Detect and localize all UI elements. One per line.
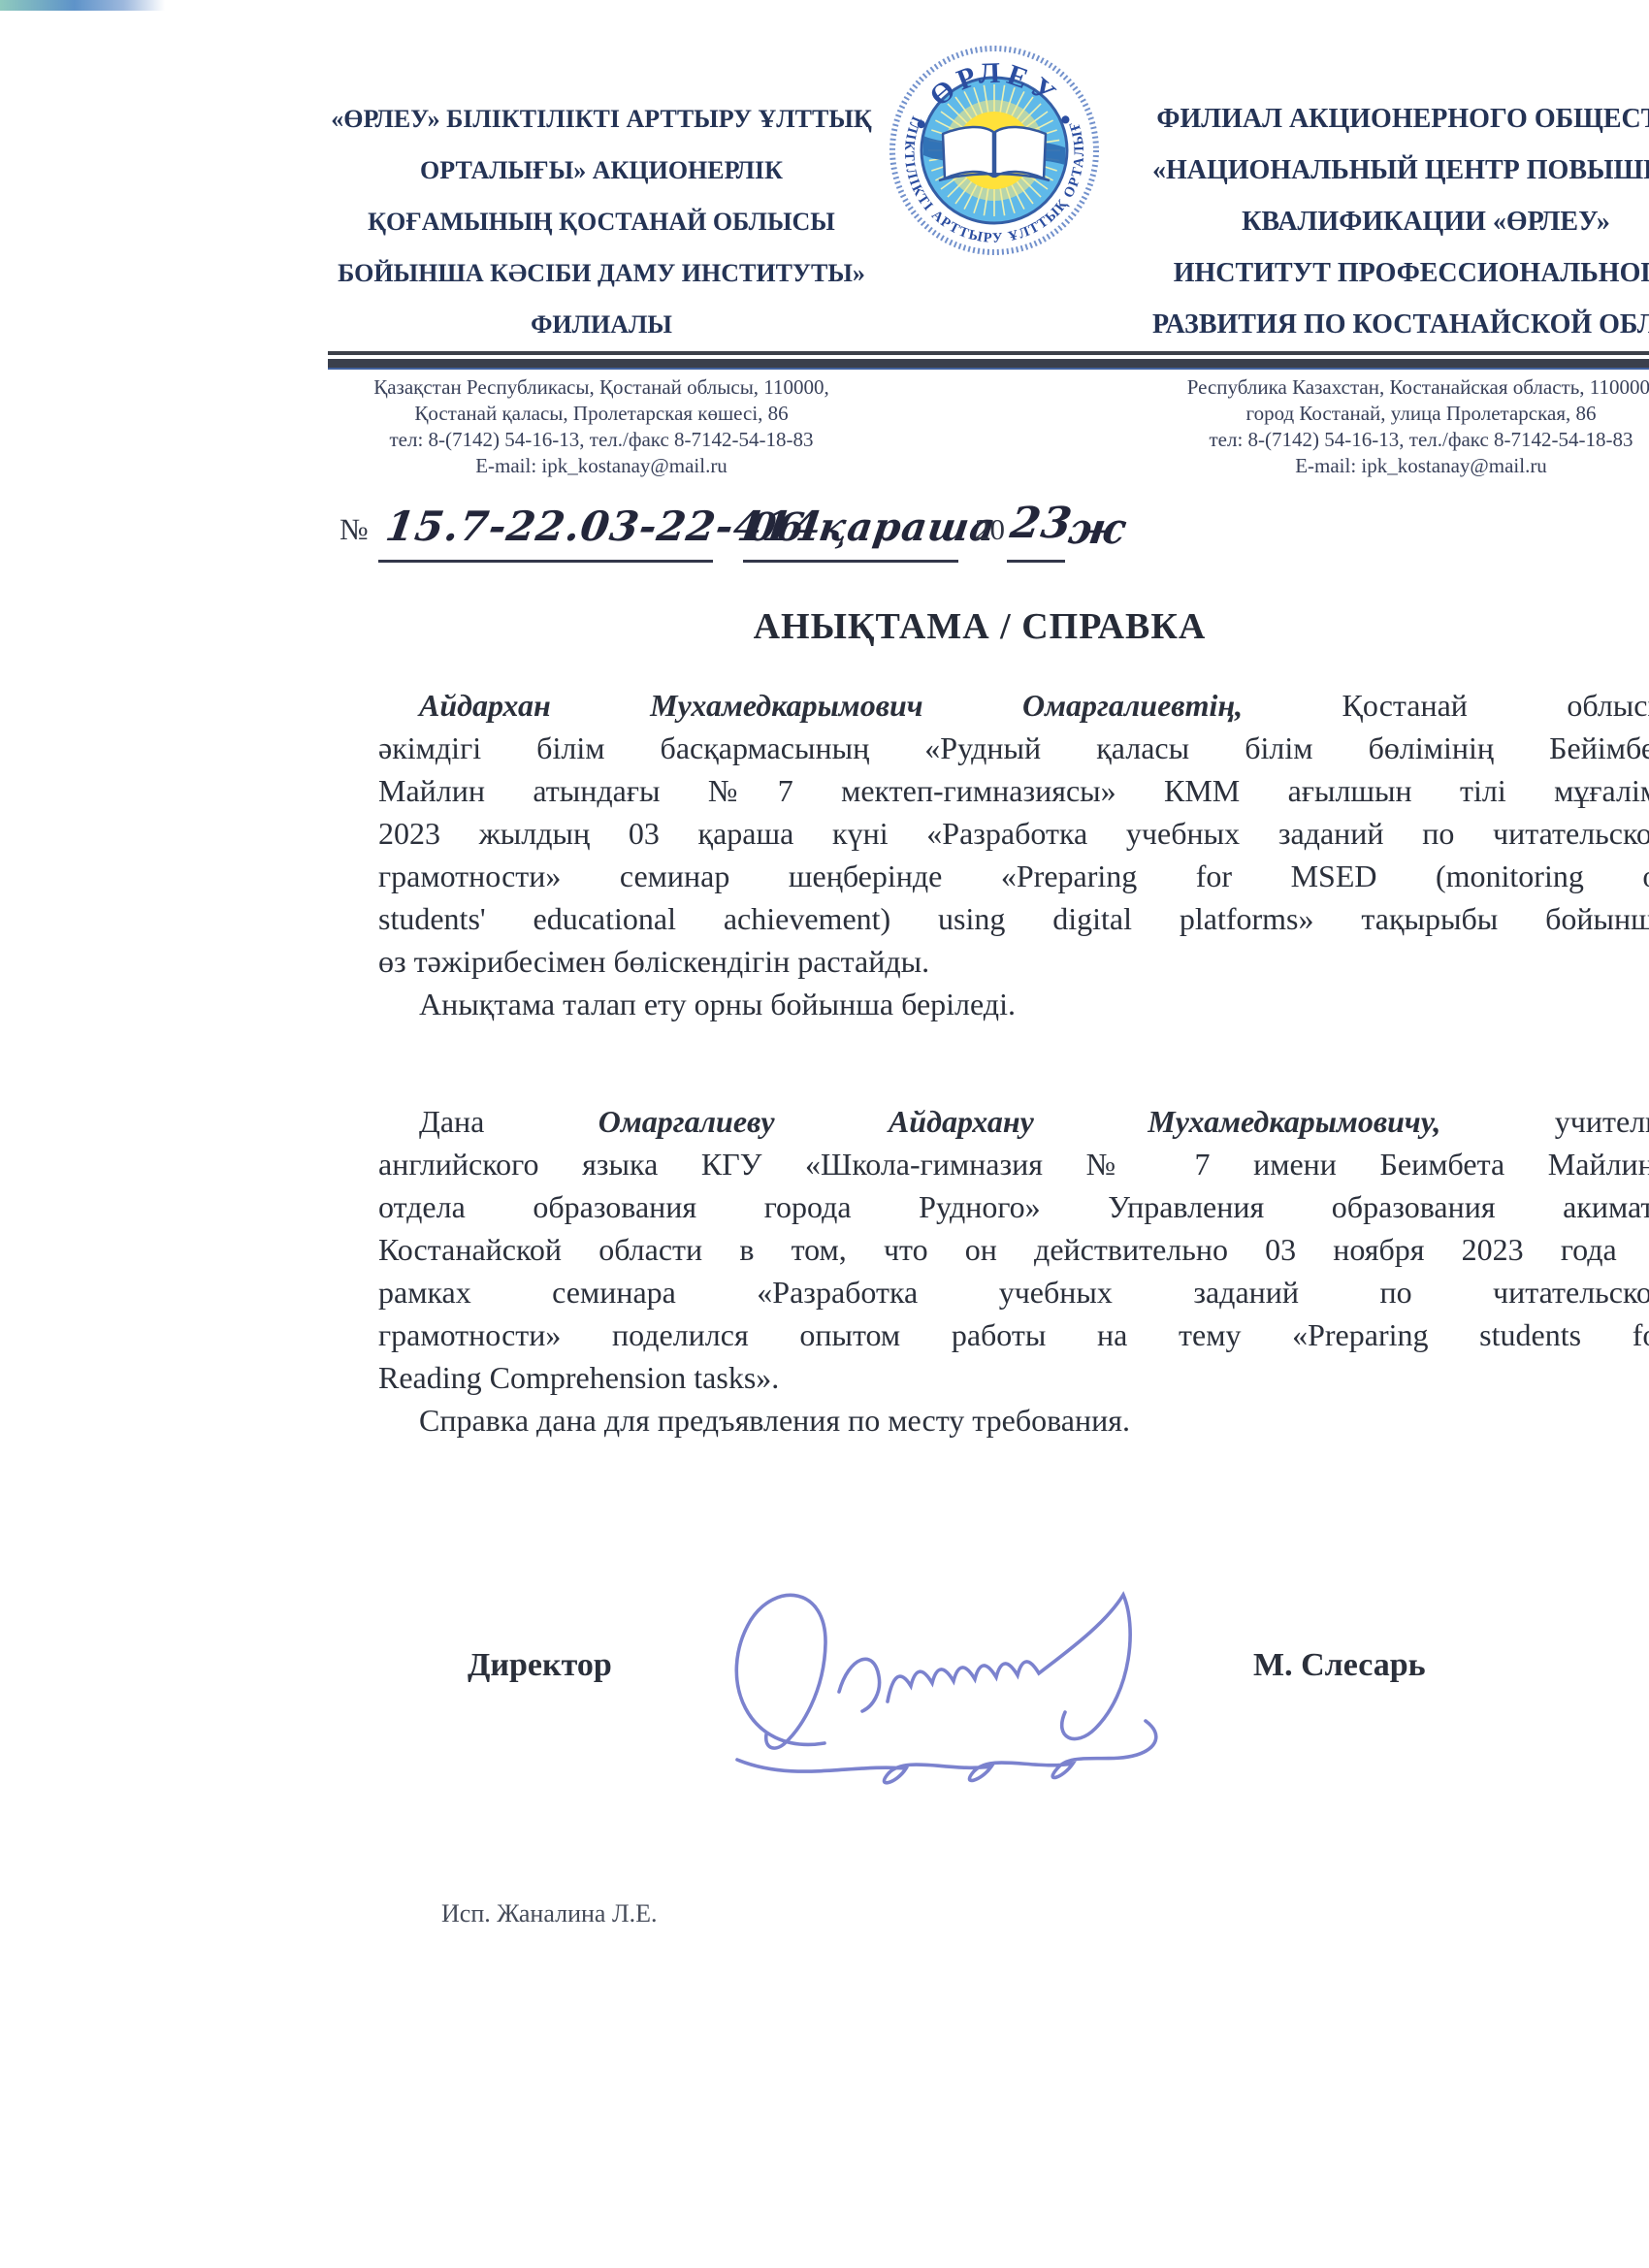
person-name-emphasis: Айдархан Мухамедкарымович Омаргалиевтің,: [419, 688, 1243, 723]
org-right-line: КВАЛИФИКАЦИИ «ӨРЛЕУ»: [1152, 196, 1649, 247]
body-text-segment: грамотности» семинар шеңберінде «Prepari…: [378, 859, 1649, 893]
ref-date-handwritten: 06 қараша: [746, 504, 999, 550]
body-line: Майлин атындағы №7 мектеп-гимназиясы» КМ…: [378, 769, 1649, 812]
body-line: английского языка КГУ «Школа-гимназия № …: [378, 1143, 1649, 1185]
address-kazakh: Қазақстан Республикасы, Қостанай облысы,…: [325, 374, 878, 479]
org-right-line: ФИЛИАЛ АКЦИОНЕРНОГО ОБЩЕСТВА: [1152, 93, 1649, 145]
org-left-line: ҚОҒАМЫНЫҢ ҚОСТАНАЙ ОБЛЫСЫ: [299, 196, 904, 247]
address-line: Қостанай қаласы, Пролетарская көшесі, 86: [325, 401, 878, 427]
body-text-segment: грамотности» поделился опытом работы на …: [378, 1317, 1649, 1352]
body-paragraph-kazakh: Айдархан Мухамедкарымович Омаргалиевтің,…: [378, 684, 1649, 1025]
ref-year-prefix: 20: [975, 512, 1005, 547]
body-line: әкімдігі білім басқармасының «Рудный қал…: [378, 727, 1649, 769]
body-line: Анықтама талап ету орны бойынша беріледі…: [378, 983, 1649, 1025]
document-title: АНЫҚТАМА / СПРАВКА: [262, 605, 1649, 648]
body-line: өз тәжірибесімен бөліскендігін растайды.: [378, 940, 1649, 983]
address-line: Республика Казахстан, Костанайская облас…: [1145, 374, 1649, 401]
body-text-segment: Қостанай облысы: [1342, 688, 1649, 723]
body-text-segment: Дана: [419, 1104, 484, 1139]
orleu-seal-logo: • ӨРЛЕУ • БІЛІКТІЛІКТІ АРТТЫРУ ҰЛТТЫҚ ОР…: [885, 41, 1104, 260]
body-text-segment: students' educational achievement) using…: [378, 901, 1649, 936]
address-line: тел: 8-(7142) 54-16-13, тел./факс 8-7142…: [1145, 427, 1649, 453]
body-text-segment: отдела образования города Рудного» Управ…: [378, 1189, 1649, 1224]
ref-year-suffix-handwritten: ж: [1065, 504, 1129, 554]
scan-artifact: [0, 0, 165, 11]
ref-year-underline: [1007, 560, 1065, 563]
body-line: Айдархан Мухамедкарымович Омаргалиевтің,…: [378, 684, 1649, 727]
body-text-segment: Справка дана для предъявления по месту т…: [419, 1403, 1130, 1438]
director-signature: [679, 1564, 1280, 1792]
body-text-segment: Reading Comprehension tasks».: [378, 1360, 779, 1395]
address-line: тел: 8-(7142) 54-16-13, тел./факс 8-7142…: [325, 427, 878, 453]
body-line: грамотности» поделился опытом работы на …: [378, 1313, 1649, 1356]
body-line: Reading Comprehension tasks».: [378, 1356, 1649, 1399]
address-russian: Республика Казахстан, Костанайская облас…: [1145, 374, 1649, 479]
person-name-emphasis: Омаргалиеву Айдархану Мухамедкарымовичу,: [598, 1104, 1441, 1139]
body-text-segment: английского языка КГУ «Школа-гимназия № …: [378, 1147, 1649, 1182]
signer-name: М. Слесарь: [1253, 1647, 1426, 1684]
signer-role: Директор: [468, 1647, 612, 1684]
org-name-kazakh: «ӨРЛЕУ» БІЛІКТІЛІКТІ АРТТЫРУ ҰЛТТЫҚ ОРТА…: [299, 93, 904, 350]
scanned-document-page: «ӨРЛЕУ» БІЛІКТІЛІКТІ АРТТЫРУ ҰЛТТЫҚ ОРТА…: [0, 0, 1649, 2268]
address-line: E-mail: ipk_kostanay@mail.ru: [325, 453, 878, 479]
body-line: Костанайской области в том, что он дейст…: [378, 1228, 1649, 1271]
body-text-segment: 2023 жылдың 03 қараша күні «Разработка у…: [378, 816, 1649, 851]
org-right-line: РАЗВИТИЯ ПО КОСТАНАЙСКОЙ ОБЛАСТИ: [1152, 299, 1649, 350]
address-line: город Костанай, улица Пролетарская, 86: [1145, 401, 1649, 427]
body-text-segment: Анықтама талап ету орны бойынша беріледі…: [419, 987, 1016, 1021]
org-left-line: ОРТАЛЫҒЫ» АКЦИОНЕРЛІК: [299, 145, 904, 196]
ref-number-underline: [378, 560, 713, 563]
body-line: students' educational achievement) using…: [378, 897, 1649, 940]
body-line: Дана Омаргалиеву Айдархану Мухамедкарымо…: [378, 1100, 1649, 1143]
body-line: Справка дана для предъявления по месту т…: [378, 1399, 1649, 1442]
org-right-line: ИНСТИТУТ ПРОФЕССИОНАЛЬНОГО: [1152, 247, 1649, 299]
body-line: 2023 жылдың 03 қараша күні «Разработка у…: [378, 812, 1649, 855]
address-line: E-mail: ipk_kostanay@mail.ru: [1145, 453, 1649, 479]
body-text-segment: өз тәжірибесімен бөліскендігін растайды.: [378, 944, 929, 979]
ref-number-label: №: [339, 512, 369, 547]
body-line: рамках семинара «Разработка учебных зада…: [378, 1271, 1649, 1313]
body-text-segment: әкімдігі білім басқармасының «Рудный қал…: [378, 730, 1649, 765]
body-text-segment: учителю: [1555, 1104, 1649, 1139]
org-left-line: БОЙЫНША КӘСІБИ ДАМУ ИНСТИТУТЫ»: [299, 247, 904, 299]
body-text-segment: Майлин атындағы №7 мектеп-гимназиясы» КМ…: [378, 773, 1649, 808]
header-divider-thin: [328, 351, 1649, 355]
body-text-segment: Костанайской области в том, что он дейст…: [378, 1232, 1649, 1267]
header-divider-thick: [328, 359, 1649, 370]
ref-date-underline: [743, 560, 958, 563]
body-text-segment: рамках семинара «Разработка учебных зада…: [378, 1275, 1649, 1310]
body-line: грамотности» семинар шеңберінде «Prepari…: [378, 855, 1649, 897]
address-line: Қазақстан Республикасы, Қостанай облысы,…: [325, 374, 878, 401]
body-line: отдела образования города Рудного» Управ…: [378, 1185, 1649, 1228]
org-left-line: «ӨРЛЕУ» БІЛІКТІЛІКТІ АРТТЫРУ ҰЛТТЫҚ: [299, 93, 904, 145]
body-paragraph-russian: Дана Омаргалиеву Айдархану Мухамедкарымо…: [378, 1100, 1649, 1442]
ref-year-handwritten: 23: [1007, 499, 1075, 548]
org-name-russian: ФИЛИАЛ АКЦИОНЕРНОГО ОБЩЕСТВА «НАЦИОНАЛЬН…: [1152, 93, 1649, 350]
open-book-icon: [939, 127, 1050, 180]
executor-note: Исп. Жаналина Л.Е.: [441, 1899, 657, 1928]
org-left-line: ФИЛИАЛЫ: [299, 299, 904, 350]
org-right-line: «НАЦИОНАЛЬНЫЙ ЦЕНТР ПОВЫШЕНИЯ: [1152, 145, 1649, 196]
